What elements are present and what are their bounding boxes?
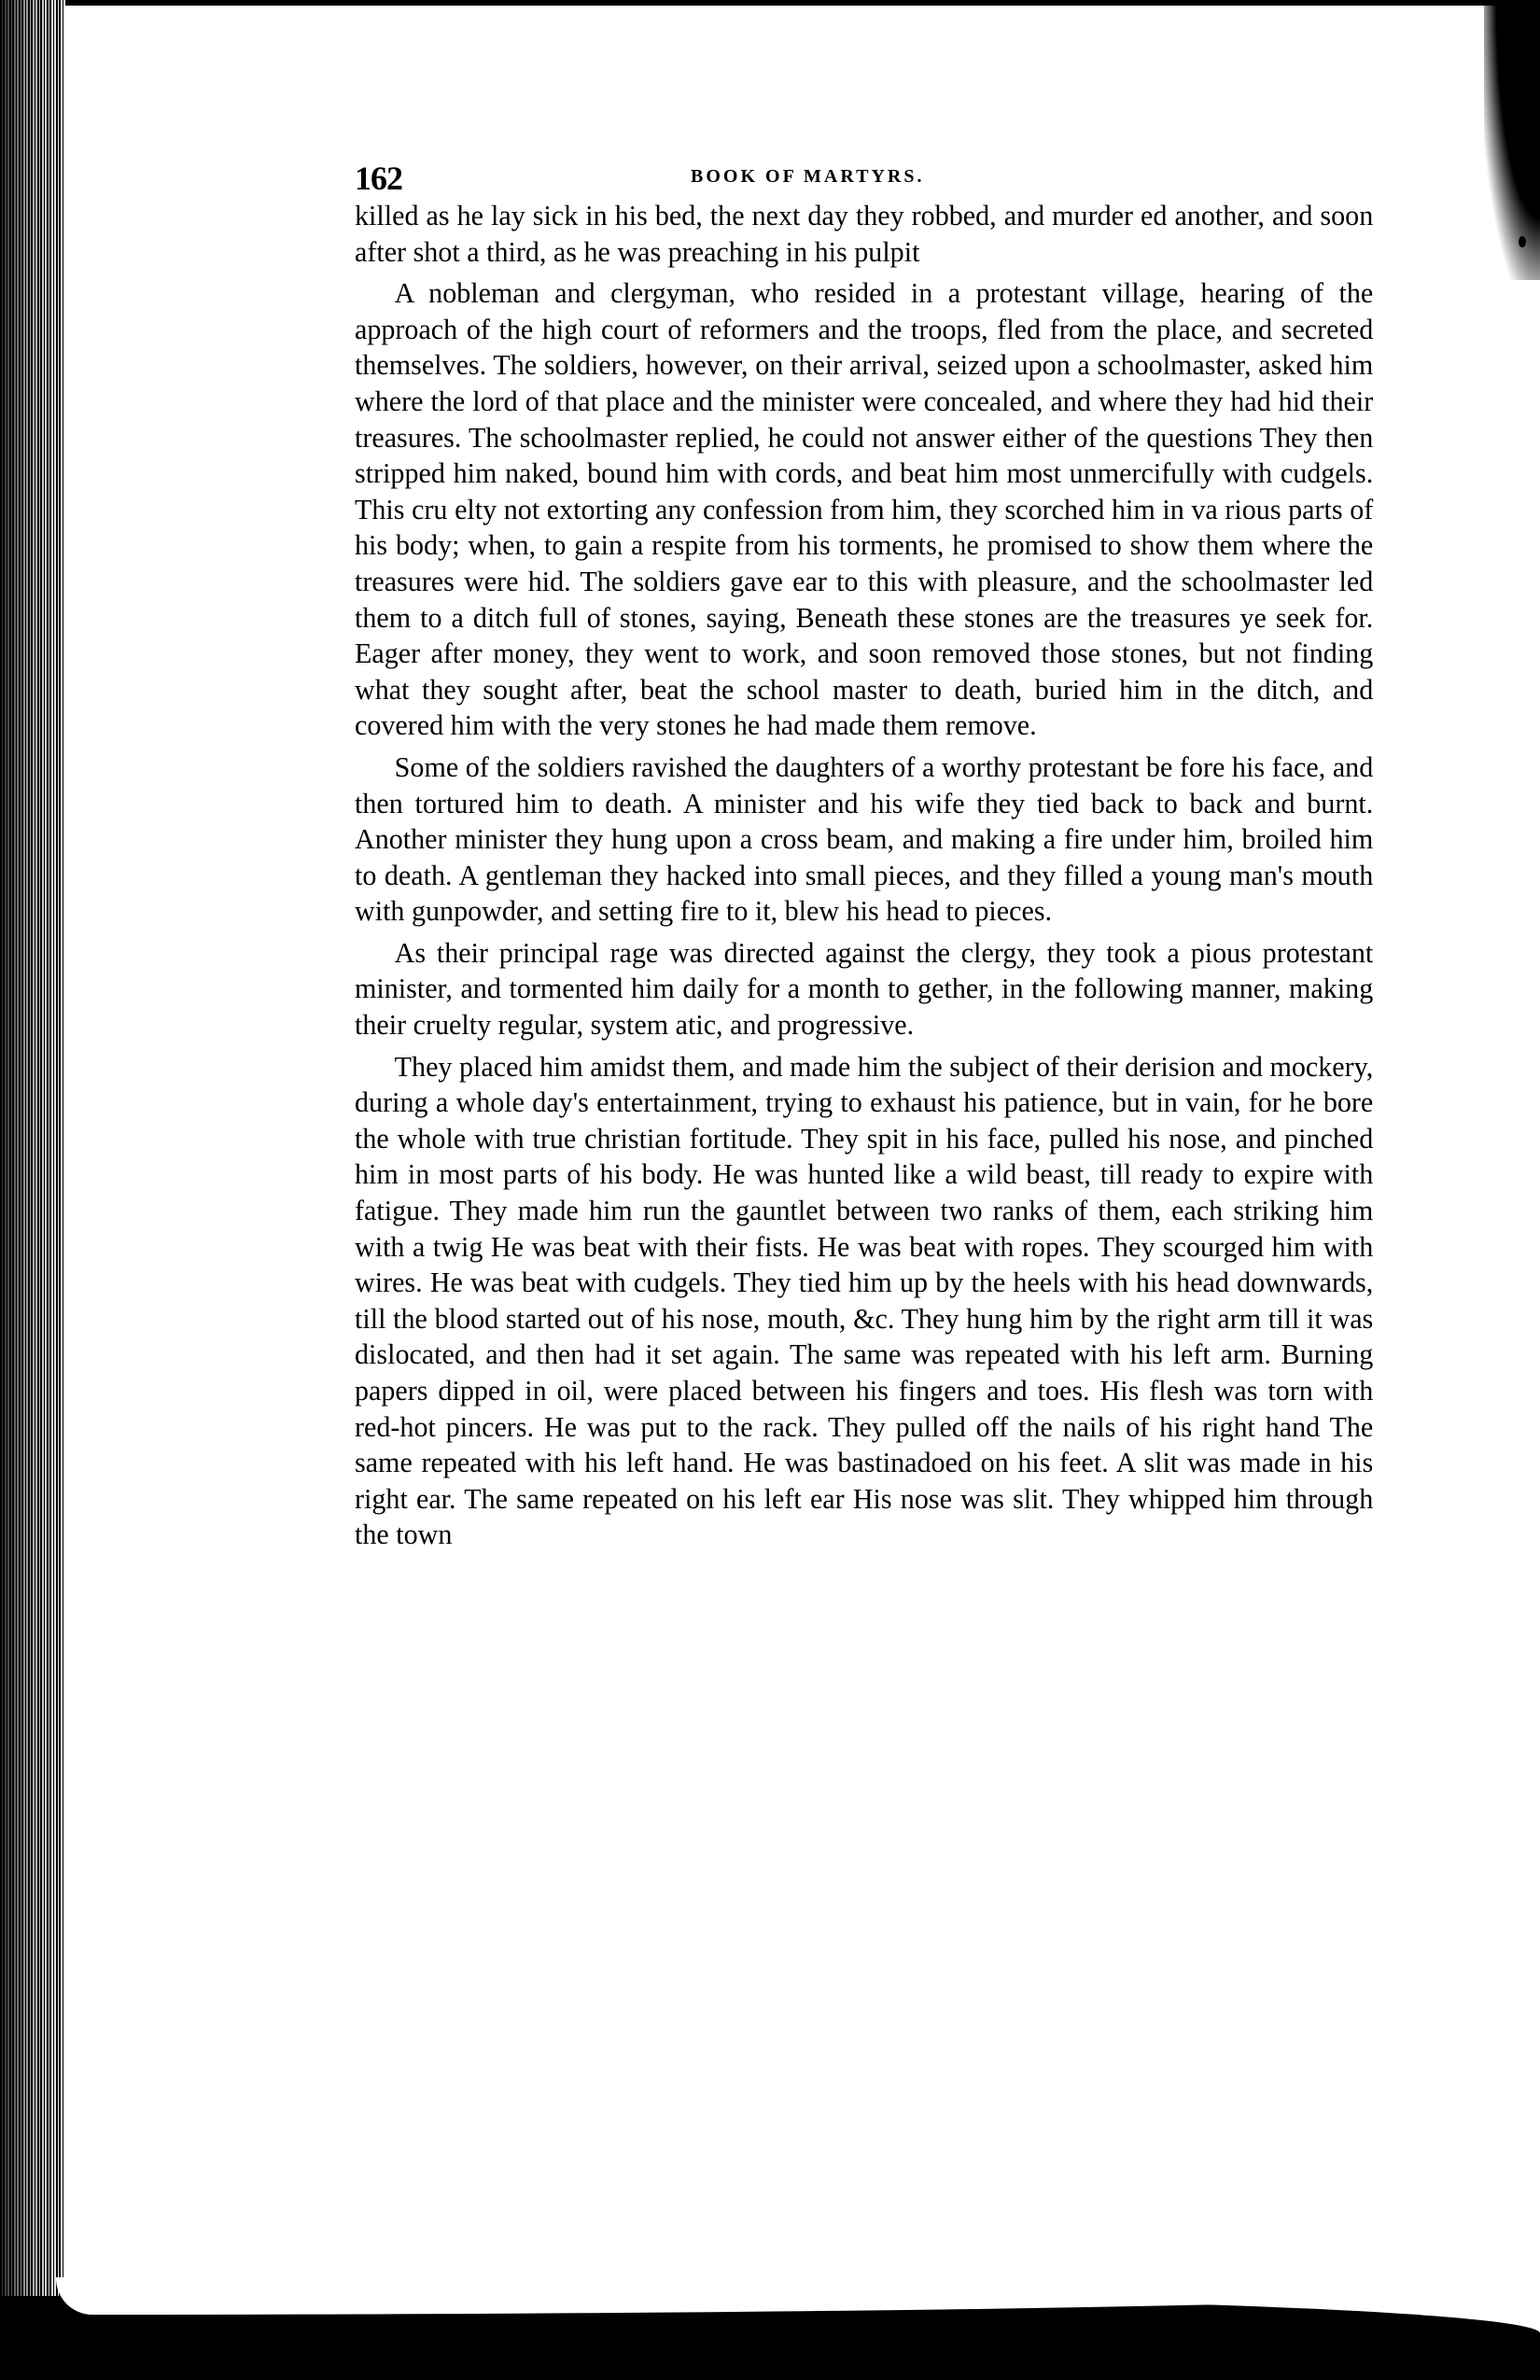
paragraph: Some of the soldiers ravished the daught… <box>355 749 1373 930</box>
scan-corner-shadow <box>1484 0 1540 280</box>
book-binding-gutter <box>0 0 65 2380</box>
scan-top-edge <box>0 0 1540 6</box>
ink-speck <box>1519 236 1526 247</box>
paragraph: killed as he lay sick in his bed, the ne… <box>355 198 1373 270</box>
running-head: 162 BOOK OF MARTYRS. <box>355 149 1405 198</box>
running-title: BOOK OF MARTYRS. <box>691 166 924 188</box>
book-page: 162 BOOK OF MARTYRS. killed as he lay si… <box>355 149 1405 1553</box>
paragraph: A nobleman and clergyman, who resided in… <box>355 275 1373 744</box>
paragraph: As their principal rage was directed aga… <box>355 935 1373 1043</box>
paragraph: They placed him amidst them, and made hi… <box>355 1049 1373 1553</box>
body-text: killed as he lay sick in his bed, the ne… <box>355 198 1373 1553</box>
page-number: 162 <box>355 159 402 198</box>
